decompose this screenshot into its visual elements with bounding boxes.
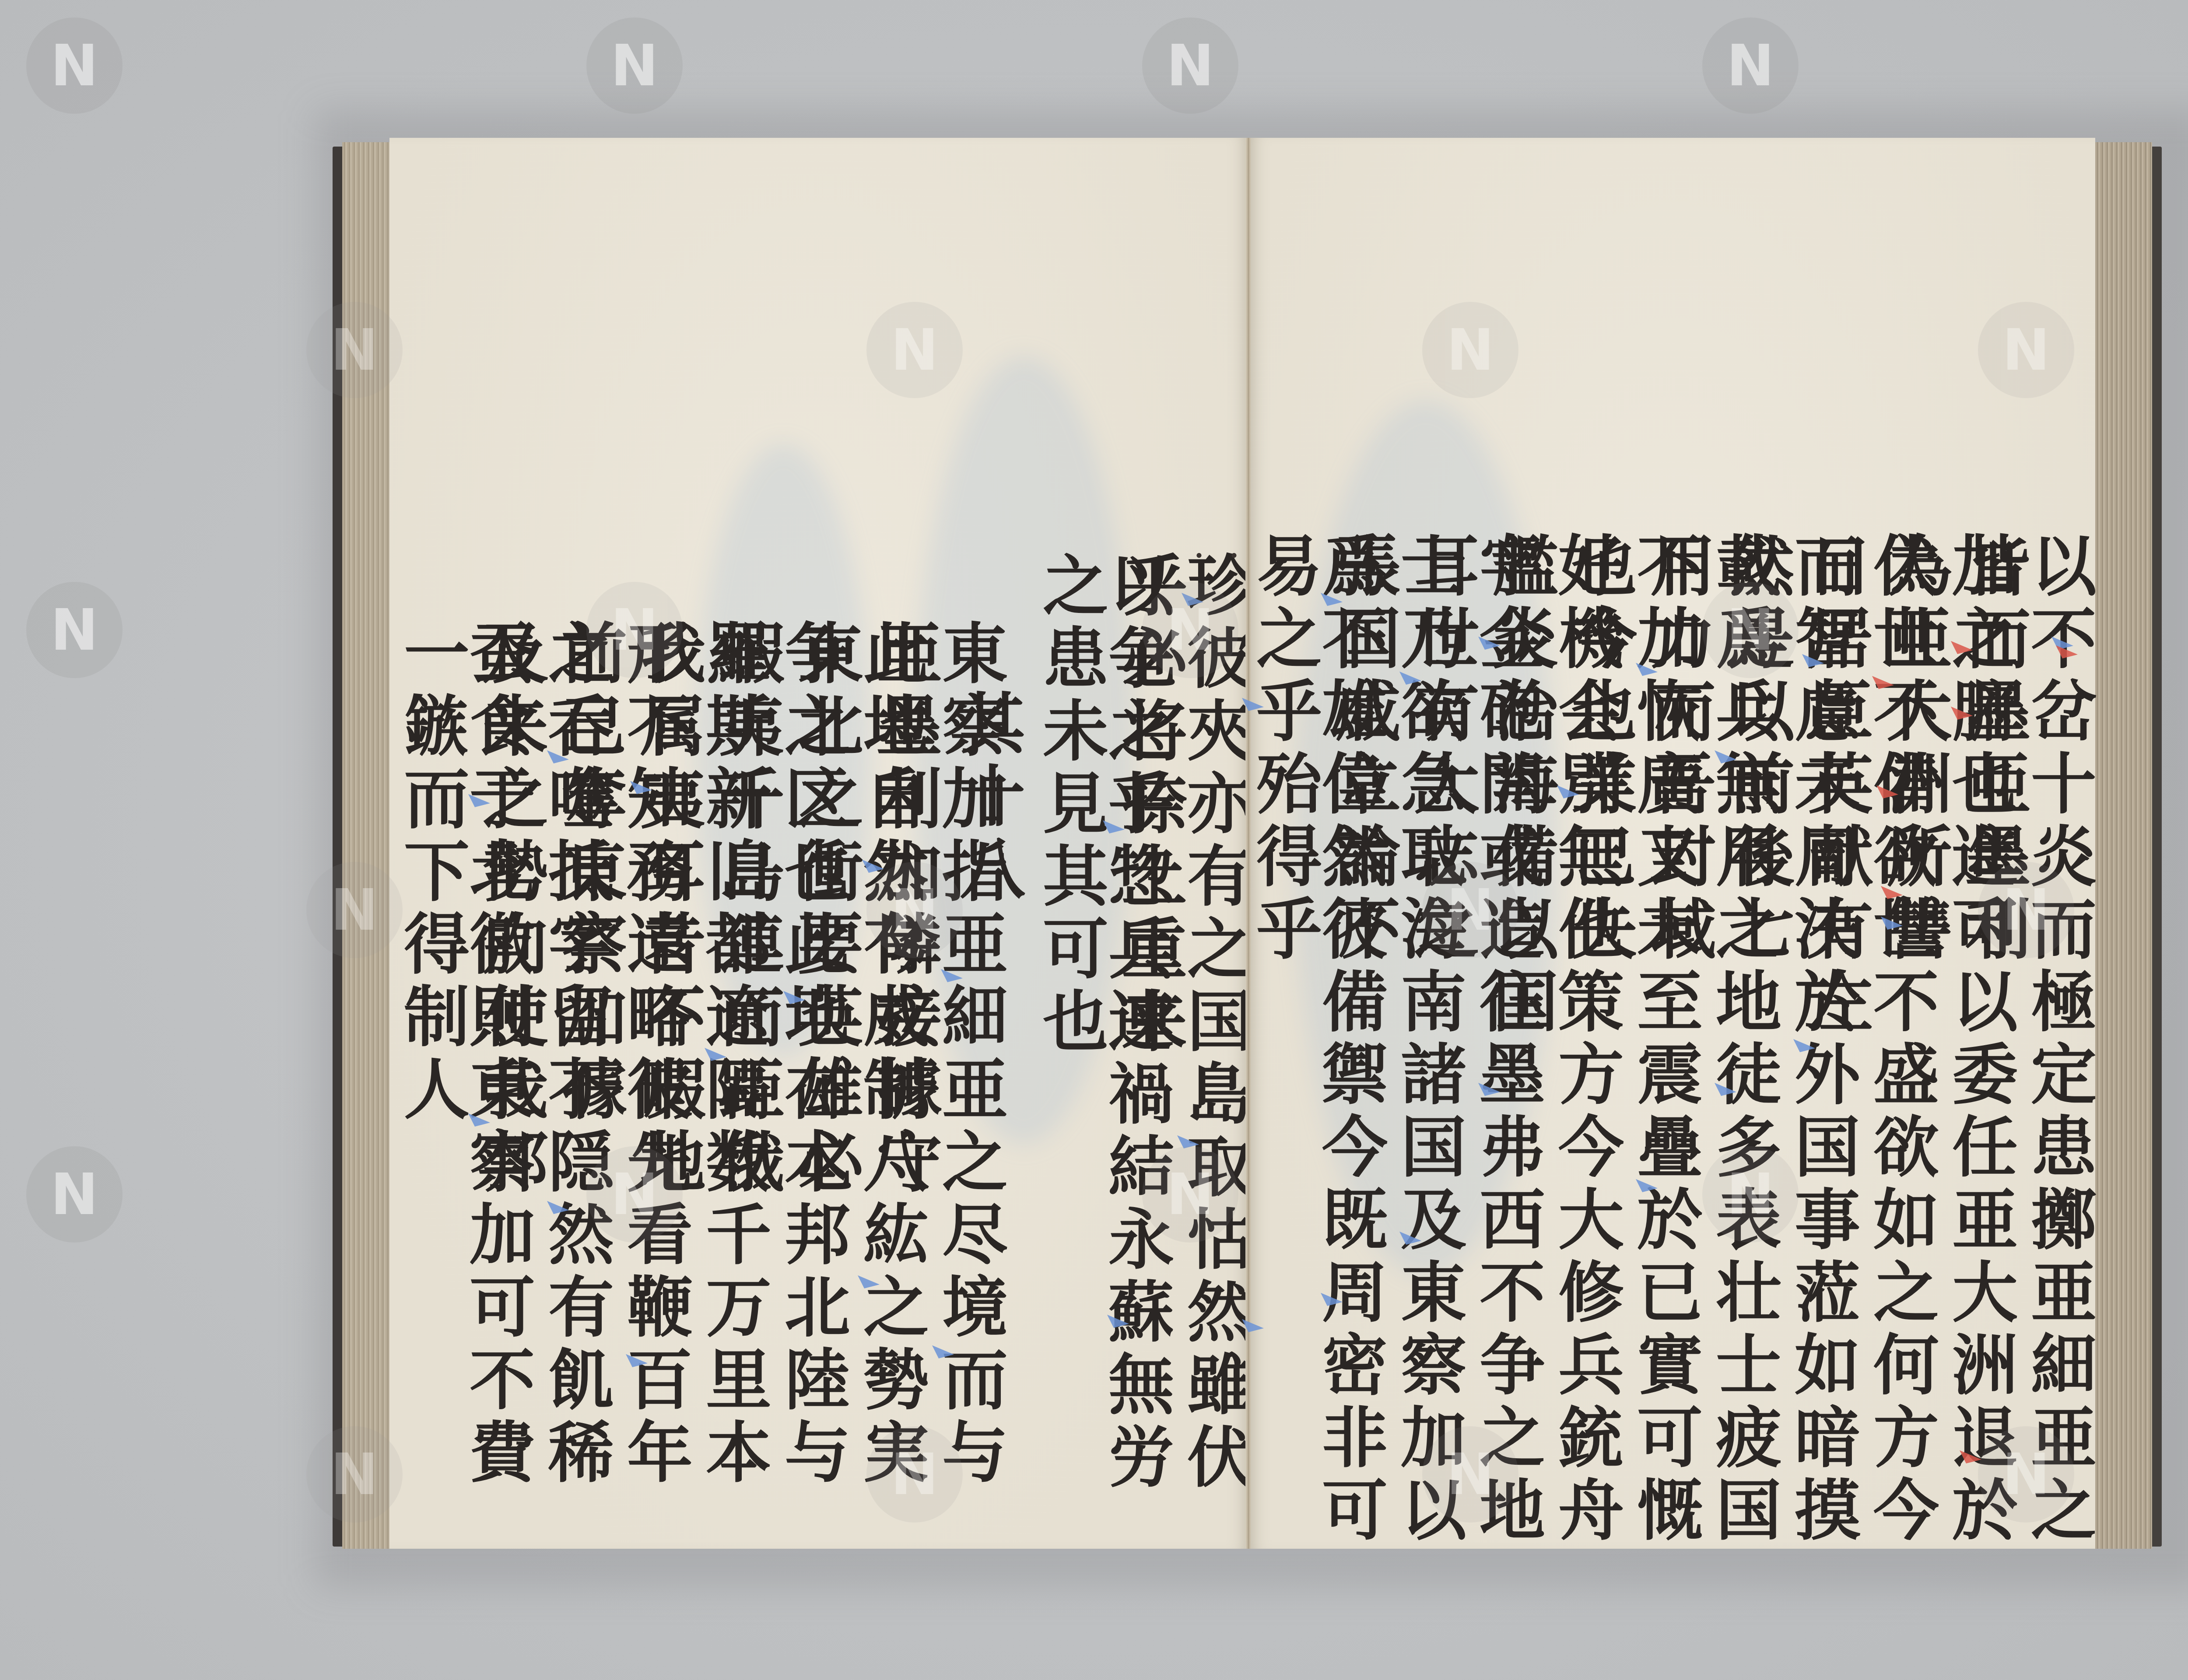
watermark-logo-icon: N bbox=[306, 862, 403, 958]
watermark-logo-icon: N bbox=[1978, 1426, 2074, 1522]
watermark-glyph: N bbox=[331, 1441, 379, 1508]
watermark-glyph: N bbox=[331, 317, 379, 383]
watermark-glyph: N bbox=[2002, 317, 2050, 383]
watermark-logo-icon: N bbox=[1702, 17, 1799, 114]
watermark-glyph: N bbox=[2002, 877, 2050, 943]
watermark-logo-icon: N bbox=[866, 862, 963, 958]
watermark-logo-icon: N bbox=[1422, 1426, 1518, 1522]
watermark-logo-icon: N bbox=[1978, 302, 2074, 398]
watermark-glyph: N bbox=[1447, 1441, 1494, 1508]
watermark-glyph: N bbox=[1167, 597, 1214, 663]
watermark-logo-icon: N bbox=[866, 1426, 963, 1522]
watermark-glyph: N bbox=[611, 597, 659, 663]
watermark-logo-icon: N bbox=[26, 17, 123, 114]
watermark-logo-icon: N bbox=[586, 582, 683, 678]
watermark-glyph: N bbox=[1167, 32, 1214, 99]
watermark-logo-icon: N bbox=[1142, 1146, 1238, 1242]
watermark-glyph: N bbox=[891, 1441, 939, 1508]
right-page: 以不岔十炎而極定患擲亜細亜之皆而墨亜墨利 加之腑也進可以委任亜大洲退於為亜大洲所… bbox=[1251, 138, 2095, 1549]
left-page: 珍彼夾亦有之国島取怙然雖伏乎必将捺土重来 以争之乎惣兵連禍結永蘇無労之患未見其可… bbox=[389, 138, 1247, 1549]
watermark-logo-icon: N bbox=[1702, 1146, 1799, 1242]
page-edges-right bbox=[2095, 142, 2152, 1549]
watermark-logo-icon: N bbox=[306, 302, 403, 398]
watermark-glyph: N bbox=[1727, 1161, 1774, 1228]
watermark-logo-icon: N bbox=[26, 1146, 123, 1242]
watermark-glyph: N bbox=[611, 32, 659, 99]
watermark-glyph: N bbox=[1447, 317, 1494, 383]
watermark-logo-icon: N bbox=[1702, 582, 1799, 678]
watermark-logo-icon: N bbox=[586, 1146, 683, 1242]
watermark-logo-icon: N bbox=[306, 1426, 403, 1522]
watermark-glyph: N bbox=[1727, 597, 1774, 663]
watermark-glyph: N bbox=[1167, 1161, 1214, 1228]
watermark-logo-icon: N bbox=[1142, 17, 1238, 114]
watermark-logo-icon: N bbox=[26, 582, 123, 678]
watermark-logo-icon: N bbox=[1142, 582, 1238, 678]
watermark-glyph: N bbox=[611, 1161, 659, 1228]
watermark-logo-icon: N bbox=[586, 17, 683, 114]
watermark-logo-icon: N bbox=[1978, 862, 2074, 958]
watermark-glyph: N bbox=[2002, 1441, 2050, 1508]
text-column: 以争之乎惣兵連禍結永蘇無労之患未見其可也 bbox=[1037, 551, 1168, 1549]
watermark-glyph: N bbox=[51, 32, 98, 99]
open-book: 珍彼夾亦有之国島取怙然雖伏乎必将捺土重来 以争之乎惣兵連禍結永蘇無労之患未見其可… bbox=[333, 138, 2162, 1555]
watermark-logo-icon: N bbox=[1422, 302, 1518, 398]
watermark-glyph: N bbox=[1727, 32, 1774, 99]
text-column: 爲不雄偉然彼備禦今既周密非可易之乎殆得乎 bbox=[1251, 532, 1382, 1549]
watermark-glyph: N bbox=[891, 317, 939, 383]
watermark-glyph: N bbox=[51, 1161, 98, 1228]
watermark-glyph: N bbox=[891, 877, 939, 943]
text-column: 蚕食于北徼則東察加可不費一鏃而下得制人 bbox=[398, 619, 529, 1549]
watermark-logo-icon: N bbox=[866, 302, 963, 398]
watermark-glyph: N bbox=[331, 877, 379, 943]
watermark-glyph: N bbox=[1447, 877, 1494, 943]
watermark-logo-icon: N bbox=[1422, 862, 1518, 958]
watermark-glyph: N bbox=[51, 597, 98, 663]
